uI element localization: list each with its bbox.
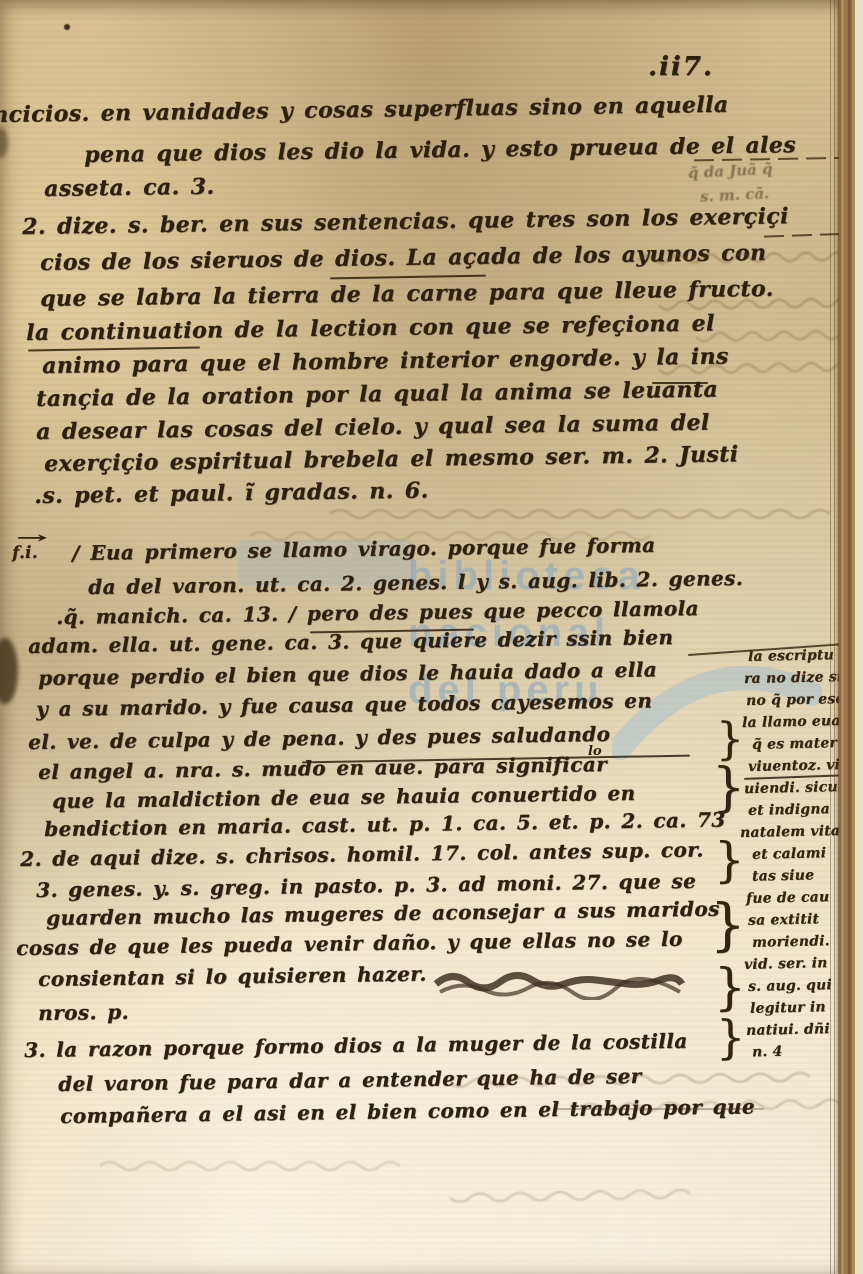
bleedthrough-marks — [656, 358, 851, 377]
manuscript-line: pena que dios les dio la vida. y esto pr… — [84, 132, 796, 168]
ink-dot — [64, 24, 70, 30]
faded-note: s. m. cã. — [700, 184, 770, 206]
manuscript-line: 3. la razon porque formo dios a la muger… — [24, 1029, 688, 1062]
manuscript-line: 3. genes. y. s. greg. in pasto. p. 3. ad… — [36, 869, 696, 902]
margin-gloss-line: vid. ser. in — [744, 955, 828, 973]
margin-gloss-line: legitur in — [750, 999, 826, 1017]
manuscript-line: exerçiçio espiritual brebela el mesmo se… — [44, 441, 739, 477]
page-edge-lines — [830, 0, 839, 1274]
underline — [652, 382, 708, 384]
folio-number: .ii7. — [648, 52, 714, 82]
bleedthrough-marks — [430, 1186, 690, 1207]
bleedthrough-marks — [636, 248, 846, 268]
manuscript-line: el. ve. de culpa y de pena. y des pues s… — [28, 722, 610, 754]
brace-mark: } — [716, 718, 744, 762]
margin-gloss-line: natalem vita — [740, 823, 840, 841]
manuscript-line: da del varon. ut. ca. 2. genes. l y s. a… — [88, 566, 743, 599]
margin-gloss-line: sa extitit — [748, 911, 819, 928]
margin-gloss-line: n. 4 — [752, 1044, 783, 1061]
left-margin-ref: f.i. — [12, 543, 38, 564]
manuscript-line: consientan si lo quisieren hazer. — [38, 962, 427, 991]
brace-mark: } — [714, 962, 746, 1012]
manuscript-line: 2. dize. s. ber. en sus sentencias. que … — [22, 203, 789, 240]
bleedthrough-marks — [100, 1158, 420, 1174]
margin-gloss-line: fue de cau — [746, 889, 830, 907]
margin-gloss-line: moriendi. — [752, 933, 830, 951]
ink-smudge — [0, 638, 18, 704]
margin-gloss-line: q̃ es mater — [752, 735, 837, 753]
manuscript-line: guarden mucho las mugeres de aconsejar a… — [46, 897, 720, 930]
manuscript-line: tançia de la oration por la qual la anim… — [36, 376, 718, 412]
manuscript-line: que la maldiction de eua se hauia conuer… — [52, 781, 636, 813]
manuscript-line: ncicios. en vanidades y cosas superfluas… — [0, 92, 729, 128]
manuscript-line: nros. p. — [38, 1000, 129, 1025]
manuscript-line: asseta. ca. 3. — [44, 174, 215, 202]
margin-gloss-line: et calami — [752, 845, 826, 863]
manuscript-line: cosas de que les pueda venir daño. y que… — [16, 927, 683, 960]
margin-gloss-line: la llamo eua — [742, 713, 841, 731]
ink-smudge — [0, 128, 8, 158]
brace-mark: } — [710, 898, 746, 954]
scribble-deletion — [432, 966, 688, 1000]
book-fore-edge — [839, 0, 855, 1274]
brace-mark: } — [712, 762, 745, 814]
brace-mark: } — [714, 836, 745, 884]
manuscript-page: biblioteca nacional del peru .ii7. ncici… — [0, 0, 863, 1274]
page-edge-sliver — [855, 0, 863, 1274]
bleedthrough-marks — [250, 528, 670, 544]
margin-gloss-line: viuentoz. vi — [748, 757, 840, 775]
bleedthrough-marks — [330, 506, 850, 522]
margin-gloss-line: s. aug. qui — [748, 977, 832, 995]
margin-gloss-line: ra no dize si — [744, 669, 843, 687]
manuscript-line: 2. de aqui dize. s. chrisos. homil. 17. … — [20, 837, 704, 871]
manuscript-line: bendiction en maria. cast. ut. p. 1. ca.… — [44, 807, 726, 841]
margin-gloss-line: tas siue — [752, 867, 815, 884]
underline — [330, 275, 486, 280]
bleedthrough-marks — [656, 294, 851, 313]
manuscript-line: la continuation de la lection con que se… — [26, 310, 715, 346]
manuscript-line: .s. pet. et paul. ĩ gradas. n. 6. — [34, 477, 429, 509]
margin-gloss-line: natiui. dñi — [746, 1021, 830, 1039]
manuscript-line: a desear las cosas del cielo. y qual sea… — [36, 410, 710, 445]
margin-gloss-line: et indigna — [748, 801, 830, 819]
faded-note: q̃ da Juã q̃ — [688, 160, 773, 182]
brace-mark: } — [716, 1014, 745, 1060]
